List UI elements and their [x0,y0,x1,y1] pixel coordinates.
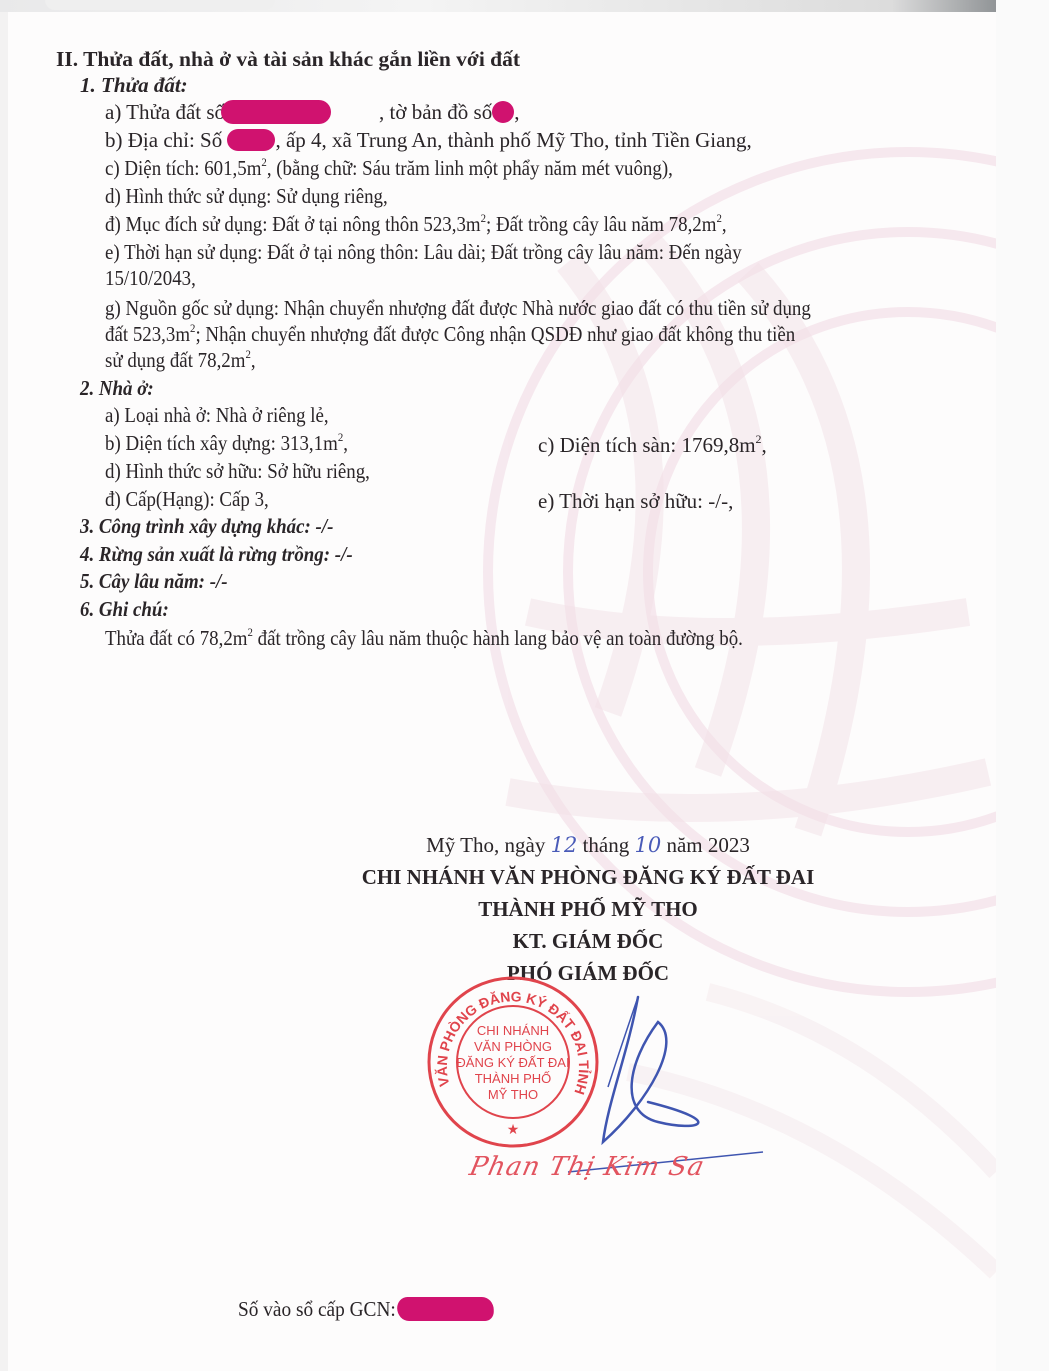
superscript: 2 [756,432,762,446]
superscript: 2 [716,211,721,225]
parcel-number-line: a) Thửa đất số, tờ bản đồ số, [105,99,519,126]
certificate-page: II. Thửa đất, nhà ở và tài sản khác gắn … [8,12,996,1371]
superscript: 2 [261,155,266,169]
notes-text: Thửa đất có 78,2m2 đất trồng cây lâu năm… [105,625,743,651]
punctuation: , [514,100,519,124]
area-value: c) Diện tích: 601,5m [105,156,261,180]
registry-number-line: Số vào sổ cấp GCN: [238,1296,494,1323]
redacted-house-number [227,129,275,151]
usage-term-date: 15/10/2043, [105,265,196,291]
punctuation: , [251,348,256,372]
map-sheet-label: , tờ bản đồ số [379,100,492,124]
document-body: II. Thửa đất, nhà ở và tài sản khác gắn … [8,12,996,1371]
address-label: b) Địa chỉ: Số [105,128,222,152]
address-line: b) Địa chỉ: Số , ấp 4, xã Trung An, thàn… [105,127,752,153]
month-label: tháng [577,833,634,857]
handwritten-day: 12 [551,833,578,857]
place-label: Mỹ Tho, ngày [426,833,550,857]
other-works-line: 3. Công trình xây dựng khác: -/- [80,513,333,539]
origin-line-1: g) Nguồn gốc sử dụng: Nhận chuyển nhượng… [105,295,811,321]
usage-term-line: e) Thời hạn sử dụng: Đất ở tại nông thôn… [105,239,742,265]
floor-area-line: c) Diện tích sàn: 1769,8m2, [538,432,767,458]
signing-block: Mỹ Tho, ngày 12 tháng 10 năm 2023 CHI NH… [308,829,868,989]
page-right-margin [996,0,1049,1371]
title-line-1: KT. GIÁM ĐỐC [308,925,868,957]
redacted-registry-number [397,1297,494,1321]
usage-form-line: d) Hình thức sử dụng: Sử dụng riêng, [105,183,388,209]
punctuation: , [343,431,348,455]
origin-area: sử dụng đất 78,2m [105,348,245,372]
origin-area: đất 523,3m [105,322,190,346]
handwritten-month: 10 [634,833,661,857]
superscript: 2 [245,347,250,361]
construction-area: b) Diện tích xây dựng: 313,1m [105,431,338,455]
origin-text: ; Nhận chuyển nhượng đất được Công nhận … [195,322,795,346]
usage-purpose-residential: đ) Mục đích sử dụng: Đất ở tại nông thôn… [105,212,481,236]
origin-line-2: đất 523,3m2; Nhận chuyển nhượng đất được… [105,321,795,347]
house-heading: 2. Nhà ở: [80,375,154,401]
section-title: II. Thửa đất, nhà ở và tài sản khác gắn … [56,46,520,72]
org-line-2: THÀNH PHỐ MỸ THO [308,893,868,925]
house-grade-line: đ) Cấp(Hạng): Cấp 3, [105,486,269,512]
usage-purpose-perennial: ; Đất trồng cây lâu năm 78,2m [486,212,716,236]
punctuation: , [722,212,727,236]
registry-label: Số vào sổ cấp GCN: [238,1297,396,1321]
notes-heading: 6. Ghi chú: [80,596,169,622]
usage-purpose-line: đ) Mục đích sử dụng: Đất ở tại nông thôn… [105,211,727,237]
origin-line-3: sử dụng đất 78,2m2, [105,347,256,373]
notes-area: Thửa đất có 78,2m [105,626,248,650]
signer-name: Phan Thị Kim Sa [467,1152,708,1182]
place-date-line: Mỹ Tho, ngày 12 tháng 10 năm 2023 [308,829,868,861]
parcel-number-label: a) Thửa đất số [105,100,225,124]
superscript: 2 [481,211,486,225]
address-value: , ấp 4, xã Trung An, thành phố Mỹ Tho, t… [275,128,751,152]
area-line: c) Diện tích: 601,5m2, (bằng chữ: Sáu tr… [105,155,673,181]
perennial-trees-line: 5. Cây lâu năm: -/- [80,568,228,594]
redacted-map-sheet-number [492,101,514,123]
notes-description: đất trồng cây lâu năm thuộc hành lang bả… [253,626,743,650]
floor-area: c) Diện tích sàn: 1769,8m [538,433,756,457]
area-in-words: , (bằng chữ: Sáu trăm linh một phẩy năm … [267,156,673,180]
parcel-heading: 1. Thửa đất: [80,72,188,98]
superscript: 2 [190,321,195,335]
punctuation: , [762,433,767,457]
top-tab-shadow [45,0,275,10]
org-line-1: CHI NHÁNH VĂN PHÒNG ĐĂNG KÝ ĐẤT ĐAI [308,861,868,893]
superscript: 2 [338,430,343,444]
year-label: năm 2023 [661,833,750,857]
redacted-parcel-number [221,100,331,124]
superscript: 2 [248,625,253,639]
construction-area-line: b) Diện tích xây dựng: 313,1m2, [105,430,348,456]
production-forest-line: 4. Rừng sản xuất là rừng trồng: -/- [80,541,353,567]
house-type-line: a) Loại nhà ở: Nhà ở riêng lẻ, [105,402,329,428]
ownership-term-line: e) Thời hạn sở hữu: -/-, [538,488,733,514]
ownership-form-line: d) Hình thức sở hữu: Sở hữu riêng, [105,458,370,484]
